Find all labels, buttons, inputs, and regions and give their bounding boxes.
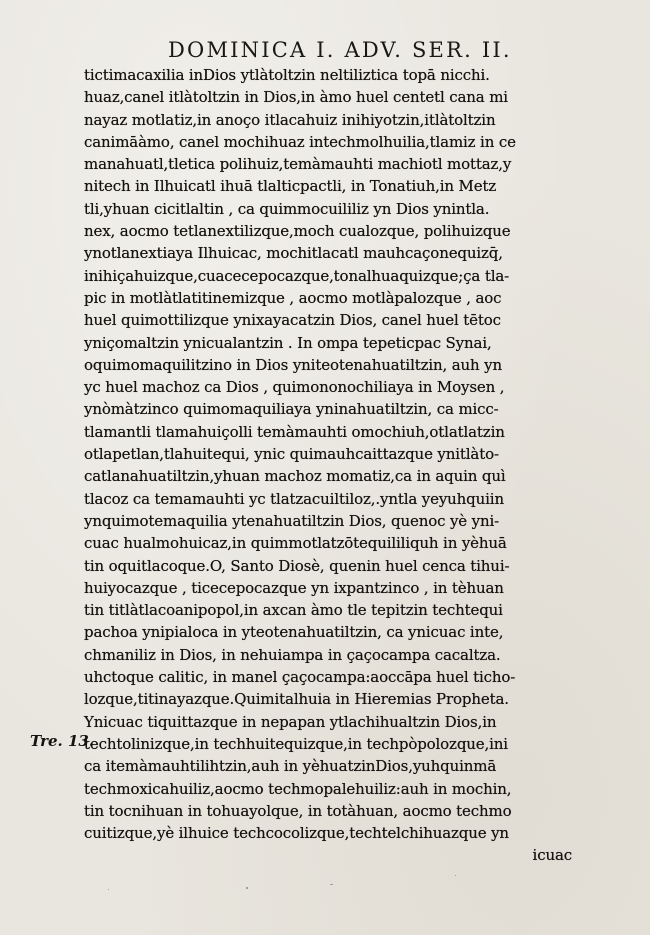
text-line: tlamantli tlamahuiçolli temàmauhti omoch… (84, 421, 574, 443)
text-line: yc huel machoz ca Dios , quimononochilia… (84, 376, 574, 398)
paper-speck (246, 887, 248, 889)
text-line: pachoa ynipialoca in yteotenahuatiltzin,… (84, 621, 574, 643)
text-line: tin titlàtlacoanipopol,in axcan àmo tle … (84, 599, 574, 621)
running-head: DOMINICA I. ADV. SER. II. (168, 38, 568, 62)
text-line: chmaniliz in Dios, in nehuiampa in çaçoc… (84, 644, 574, 666)
text-line: ynòmàtzinco quimomaquiliaya yninahuatilt… (84, 398, 574, 420)
text-line: cuitizque,yè ilhuice techcocolizque,tech… (84, 822, 574, 844)
text-line: techtolinizque,in techhuitequizque,in te… (84, 733, 574, 755)
text-line: uhctoque calitic, in manel çaçocampa:aoc… (84, 666, 574, 688)
scanned-page: DOMINICA I. ADV. SER. II. Tre. 13. ticti… (0, 0, 650, 935)
paper-speck (455, 875, 456, 876)
text-line: nitech in Ilhuicatl ihuā tlalticpactli, … (84, 175, 574, 197)
text-line: cuac hualmohuicaz,in quimmotlatzōtequili… (84, 532, 574, 554)
text-line: tictimacaxilia inDios ytlàtoltzin neltil… (84, 64, 574, 86)
paper-speck (330, 884, 333, 885)
text-line: ynquimotemaquilia ytenahuatiltzin Dios, … (84, 510, 574, 532)
body-text: tictimacaxilia inDios ytlàtoltzin neltil… (84, 64, 574, 867)
text-line: huaz,canel itlàtoltzin in Dios,in àmo hu… (84, 86, 574, 108)
text-line: lozque,titinayazque.Quimitalhuia in Hier… (84, 688, 574, 710)
catchword: icuac (84, 844, 574, 866)
text-line: ca itemàmauhtilihtzin,auh in yèhuatzinDi… (84, 755, 574, 777)
text-line: techmoxicahuiliz,aocmo techmopalehuiliz:… (84, 778, 574, 800)
text-line: manahuatl,tletica polihuiz,temàmauhti ma… (84, 153, 574, 175)
text-line: yniçomaltzin ynicualantzin . In ompa tep… (84, 332, 574, 354)
text-line: catlanahuatiltzin,yhuan machoz momatiz,c… (84, 465, 574, 487)
text-line: tin tocnihuan in tohuayolque, in totàhua… (84, 800, 574, 822)
text-line: tlacoz ca temamauhti yc tlatzacuiltiloz,… (84, 488, 574, 510)
text-line: canimāàmo, canel mochihuaz intechmolhuil… (84, 131, 574, 153)
text-line: ynotlanextiaya Ilhuicac, mochitlacatl ma… (84, 242, 574, 264)
text-line: pic in motlàtlatitinemizque , aocmo motl… (84, 287, 574, 309)
text-line: nayaz motlatiz,in anoço itlacahuiz inihi… (84, 109, 574, 131)
text-line: Ynicuac tiquittazque in nepapan ytlachih… (84, 711, 574, 733)
text-line: tli,yhuan cicitlaltin , ca quimmocuilili… (84, 198, 574, 220)
text-line: oquimomaquilitzino in Dios yniteotenahua… (84, 354, 574, 376)
paper-speck (108, 889, 109, 890)
text-line: huiyocazque , ticecepocazque yn ixpantzi… (84, 577, 574, 599)
text-line: tin oquitlacoque.O, Santo Diosè, quenin … (84, 555, 574, 577)
text-line: inihiçahuizque,cuacecepocazque,tonalhuaq… (84, 265, 574, 287)
text-line: nex, aocmo tetlanextilizque,moch cualozq… (84, 220, 574, 242)
text-line: otlapetlan,tlahuitequi, ynic quimauhcait… (84, 443, 574, 465)
text-line: huel quimottilizque ynixayacatzin Dios, … (84, 309, 574, 331)
